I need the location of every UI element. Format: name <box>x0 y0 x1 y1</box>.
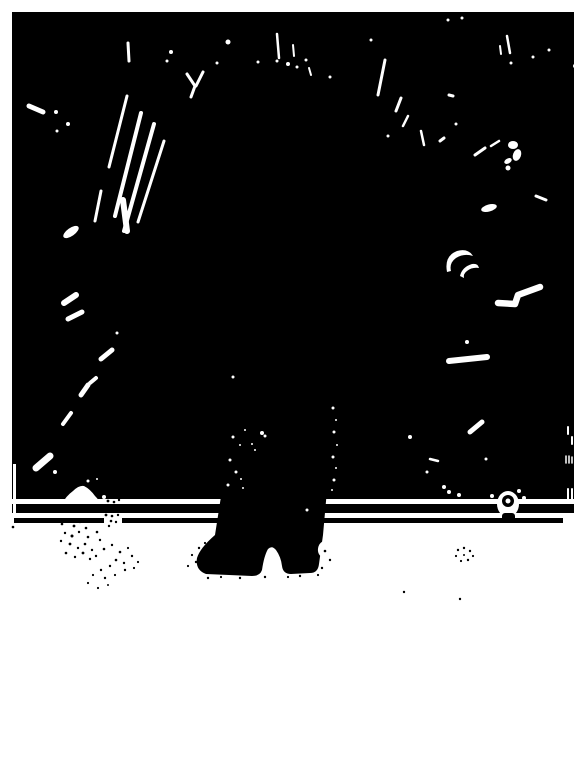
dark-background-field <box>12 12 574 499</box>
binarized-photo-svg <box>0 0 588 783</box>
binarized-photo <box>0 0 588 783</box>
edge-highlight-slits <box>13 464 16 514</box>
